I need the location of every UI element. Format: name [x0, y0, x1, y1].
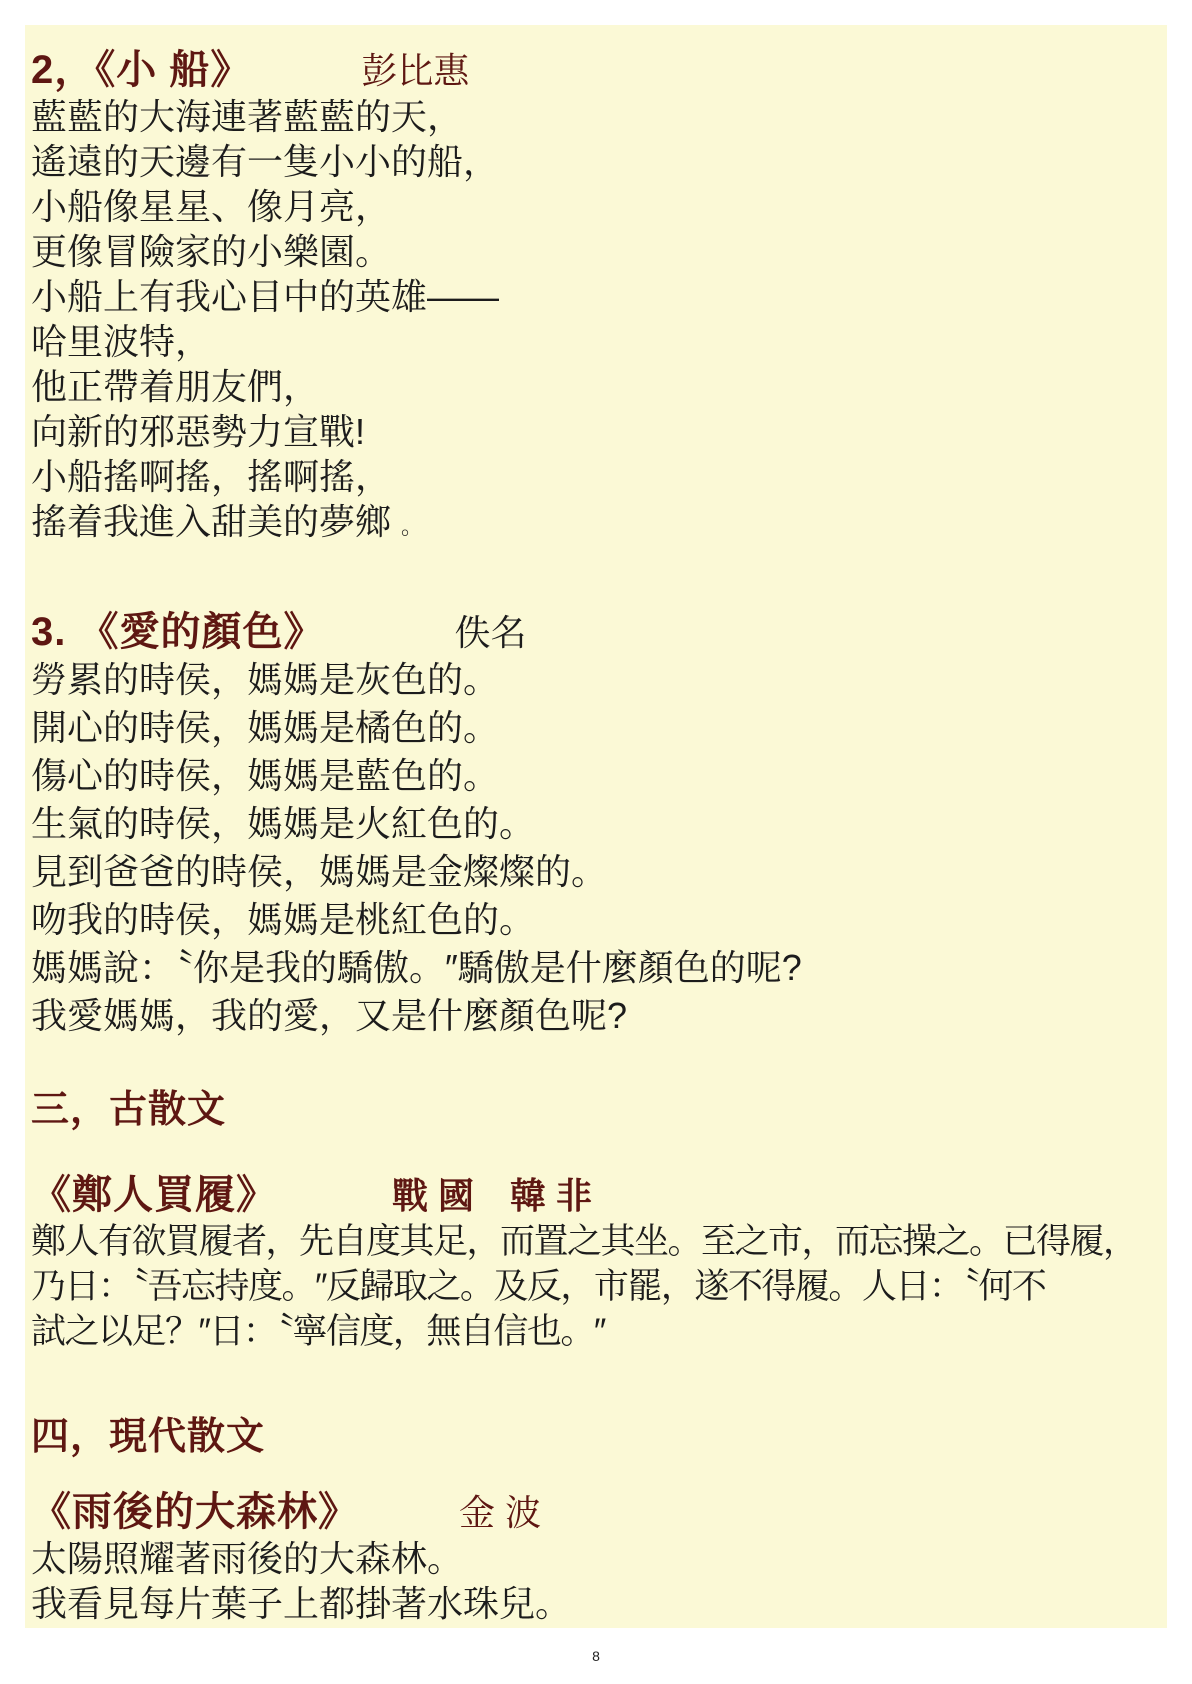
poem-3-line: 開心的時侯，媽媽是橘色的。: [31, 704, 1161, 752]
poem-2-line: 更像冒險家的小樂園。: [31, 229, 1161, 274]
poem-3-line: 我愛媽媽，我的愛，又是什麼顏色呢?: [31, 992, 1161, 1040]
prose-1-line: 鄭人有欲買履者，先自度其足，而置之其坐。至之市，而忘操之。已得履，: [31, 1219, 1161, 1264]
poem-2-line: 小船像星星、像月亮，: [31, 184, 1161, 229]
page-number: 8: [0, 1648, 1192, 1664]
poem-2-title: 2，《小 船》: [31, 46, 251, 94]
poem-2-author: 彭比惠: [361, 47, 469, 95]
poem-3-title: 3. 《愛的顏色》: [31, 608, 324, 656]
poem-3-line: 媽媽說：〝你是我的驕傲。″驕傲是什麼顏色的呢?: [31, 944, 1161, 992]
poem-2-line: 小船上有我心目中的英雄——: [31, 274, 1161, 319]
poem-3-title-row: 3. 《愛的顏色》 佚名: [31, 608, 1161, 656]
poem-2-line: 遙遠的天邊有一隻小小的船，: [31, 139, 1161, 184]
poem-2-line: 他正帶着朋友們，: [31, 364, 1161, 409]
prose-1-title: 《鄭人買履》: [31, 1171, 277, 1219]
prose-1-title-row: 《鄭人買履》 戰 國 韓 非: [31, 1171, 1161, 1219]
document-page: { "colors": { "page_background": "#FFFFF…: [0, 0, 1192, 1684]
poem-2-line: 小船搖啊搖，搖啊搖，: [31, 454, 1161, 499]
small-period-mark: 。: [401, 514, 423, 539]
prose-1-line: 乃日：〝吾忘持度。″反歸取之。及反，市罷，遂不得履。人日：〝何不: [31, 1264, 1161, 1309]
prose-1-author: 戰 國 韓 非: [392, 1172, 592, 1220]
poem-2-line: 藍藍的大海連著藍藍的天，: [31, 94, 1161, 139]
poem-2-line: 搖着我進入甜美的夢鄉 。: [31, 499, 1161, 544]
prose-2-title-row: 《雨後的大森林》 金 波: [31, 1488, 1161, 1536]
poem-3-line: 傷心的時侯，媽媽是藍色的。: [31, 752, 1161, 800]
section-heading-classical-prose: 三，古散文: [31, 1086, 1161, 1134]
poem-2-line-text: 搖着我進入甜美的夢鄉: [31, 501, 391, 542]
prose-1-line: 試之以足？″日：〝寧信度，無自信也。″: [31, 1309, 1161, 1354]
prose-2-line: 我看見每片葉子上都掛著水珠兒。: [31, 1581, 1161, 1626]
poem-2-line: 向新的邪惡勢力宣戰!: [31, 409, 1161, 454]
poem-3-line: 吻我的時侯，媽媽是桃紅色的。: [31, 896, 1161, 944]
poem-2-title-row: 2，《小 船》 彭比惠: [31, 46, 1161, 94]
prose-2-line: 太陽照耀著雨後的大森林。: [31, 1536, 1161, 1581]
poem-3-author: 佚名: [454, 609, 526, 657]
poem-2-line: 哈里波特，: [31, 319, 1161, 364]
prose-2-title: 《雨後的大森林》: [31, 1488, 359, 1536]
worksheet-paper: 2，《小 船》 彭比惠 藍藍的大海連著藍藍的天， 遙遠的天邊有一隻小小的船， 小…: [25, 25, 1167, 1628]
section-heading-modern-prose: 四，現代散文: [31, 1413, 1161, 1461]
poem-3-line: 見到爸爸的時侯，媽媽是金燦燦的。: [31, 848, 1161, 896]
poem-3-line: 生氣的時侯，媽媽是火紅色的。: [31, 800, 1161, 848]
poem-3-line: 勞累的時侯，媽媽是灰色的。: [31, 656, 1161, 704]
prose-2-author: 金 波: [459, 1489, 541, 1537]
